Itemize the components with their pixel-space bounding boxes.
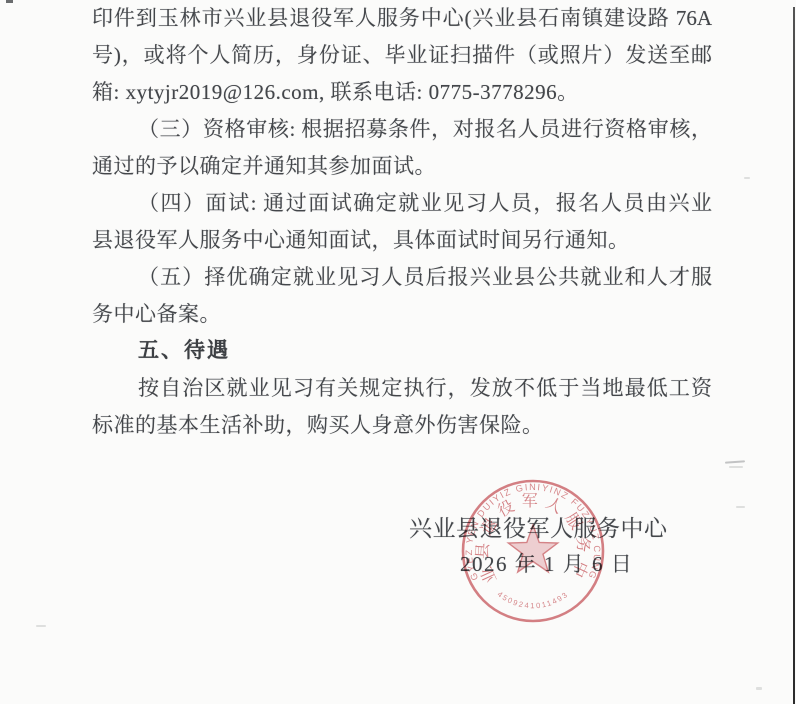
body-line: 按自治区就业见习有关规定执行，发放不低于当地最低工资 (138, 373, 712, 403)
body-line-contact: 箱: xytyjr2019@126.com, 联系电话: 0775-377829… (92, 77, 579, 107)
body-line-item-4: （四）面试: 通过面试确定就业见习人员，报名人员由兴业 (138, 188, 712, 218)
official-seal: HINGYEZ YEN DUIYIZ GINIYINZ FUZYUZ CUNGS… (458, 476, 608, 626)
scan-smudge (36, 625, 46, 627)
scan-smudge (744, 177, 750, 179)
body-line: 号)，或将个人简历，身份证、毕业证扫描件（或照片）发送至邮 (92, 40, 712, 70)
seal-code-number: 4509241011493 (496, 590, 571, 611)
svg-text:4509241011493: 4509241011493 (496, 590, 571, 611)
star-icon (508, 525, 557, 572)
body-line: 标准的基本生活补助，购买人身意外伤害保险。 (92, 410, 544, 440)
body-line: 务中心备案。 (92, 299, 221, 329)
body-line: 县退役军人服务中心通知面试，具体面试时间另行通知。 (92, 225, 630, 255)
body-line: 通过的予以确定并通知其参加面试。 (92, 151, 436, 181)
document-page: 印件到玉林市兴业县退役军人服务中心(兴业县石南镇建设路 76A 号)，或将个人简… (0, 0, 796, 704)
body-line-item-3: （三）资格审核: 根据招募条件，对报名人员进行资格审核， (138, 114, 712, 144)
scan-edge-line (793, 7, 795, 704)
section-heading-treatment: 五、待遇 (138, 336, 230, 366)
scan-smudge (725, 460, 745, 463)
scan-smudge (736, 506, 745, 508)
body-line-item-5: （五）择优确定就业见习人员后报兴业县公共就业和人才服 (138, 262, 712, 292)
scan-speck (6, 0, 13, 3)
scan-smudge (729, 466, 743, 468)
body-line: 印件到玉林市兴业县退役军人服务中心(兴业县石南镇建设路 76A (92, 3, 712, 33)
scan-smudge (756, 687, 762, 690)
